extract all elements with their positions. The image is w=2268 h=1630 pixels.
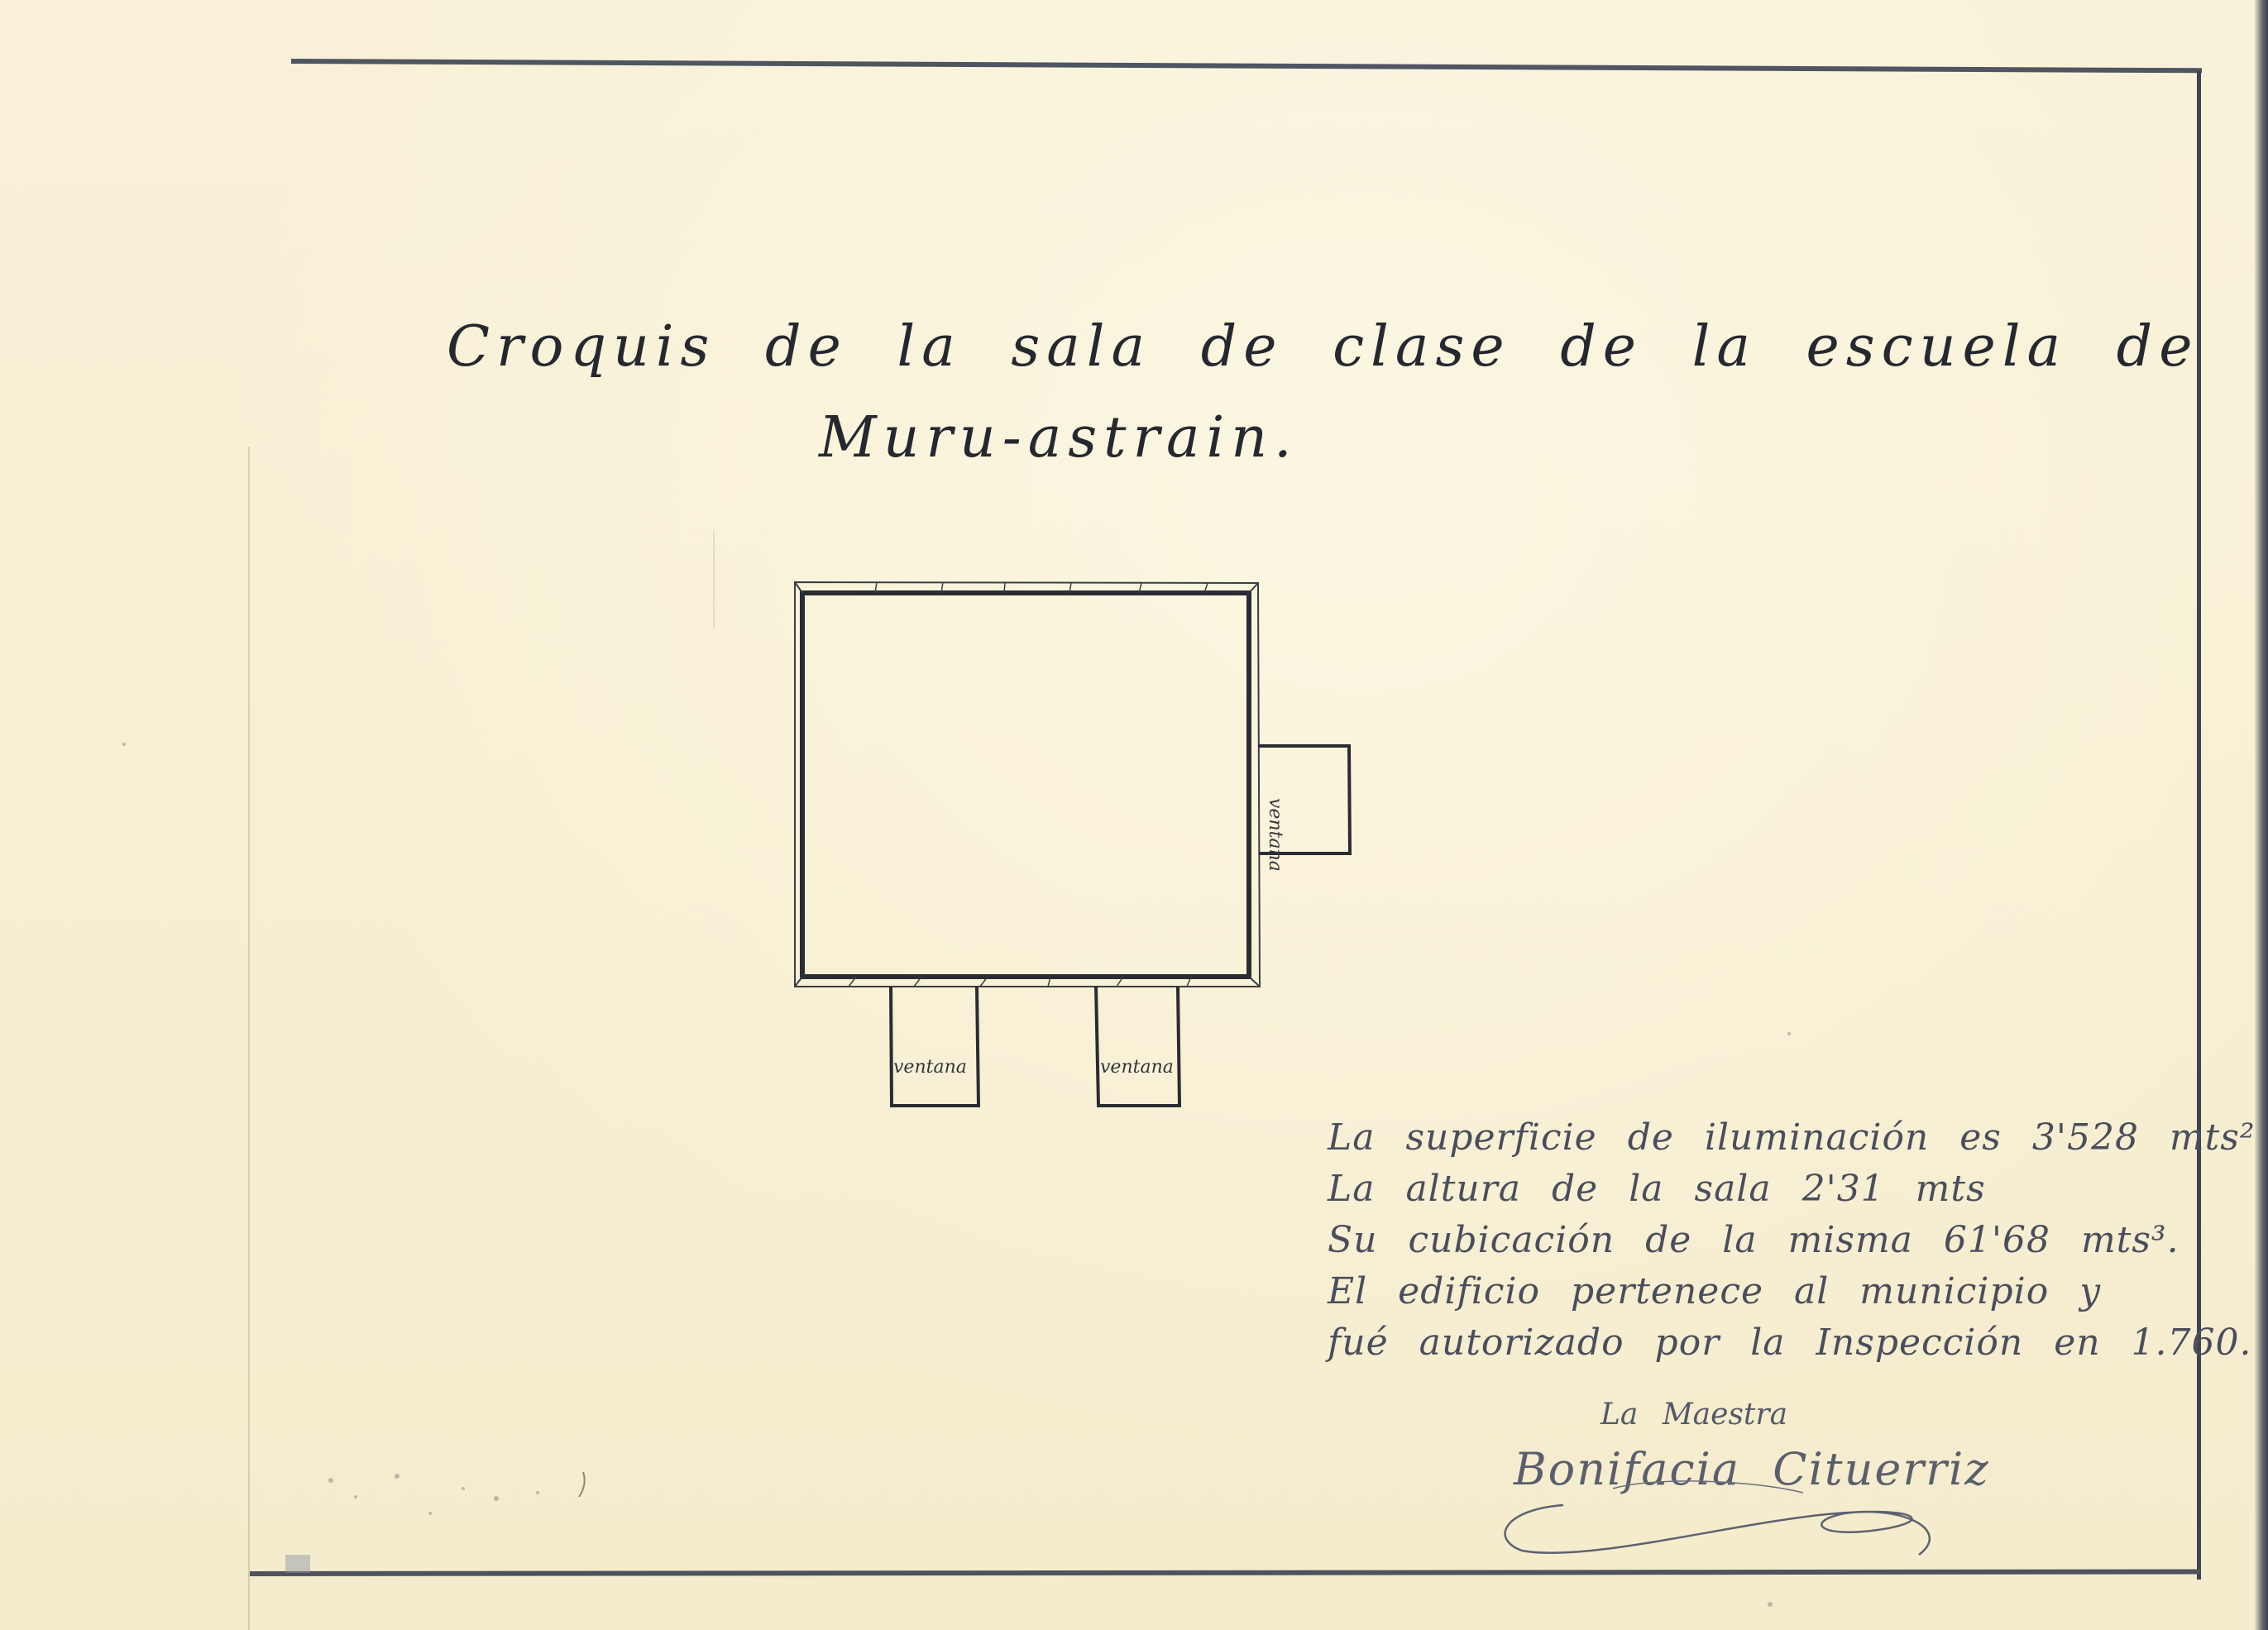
classroom-floor-plan: ventana ventana ventana [778, 546, 1373, 1125]
note-authorization: fué autorizado por la Inspección en 1.76… [1328, 1322, 2252, 1364]
signature-flourish-icon [1489, 1472, 1952, 1563]
paper-fold-edge [248, 447, 250, 1630]
document-title-line-1: Croquis de la sala de clase de la escuel… [447, 314, 2199, 380]
window-label-right: ventana [1265, 798, 1285, 872]
note-room-volume: Su cubicación de la misma 61'68 mts³. [1328, 1219, 2179, 1261]
frame-border-top [291, 59, 2202, 73]
paper-sheet: Croquis de la sala de clase de la escuel… [0, 0, 2268, 1630]
paper-fold-mark [713, 529, 715, 629]
signature-role: La Maestra [1601, 1398, 1787, 1432]
window-label-bottom-left: ventana [893, 1057, 967, 1078]
note-illumination-area: La superficie de iluminación es 3'528 mt… [1328, 1116, 2256, 1159]
scan-edge-shadow [2255, 0, 2268, 1630]
window-label-bottom-right: ventana [1100, 1057, 1174, 1078]
note-building-ownership: El edificio pertenece al municipio y [1328, 1270, 2101, 1312]
frame-border-bottom [250, 1570, 2200, 1576]
document-title-line-2: Muru-astrain. [819, 405, 1299, 471]
note-room-height: La altura de la sala 2'31 mts [1328, 1168, 1986, 1210]
